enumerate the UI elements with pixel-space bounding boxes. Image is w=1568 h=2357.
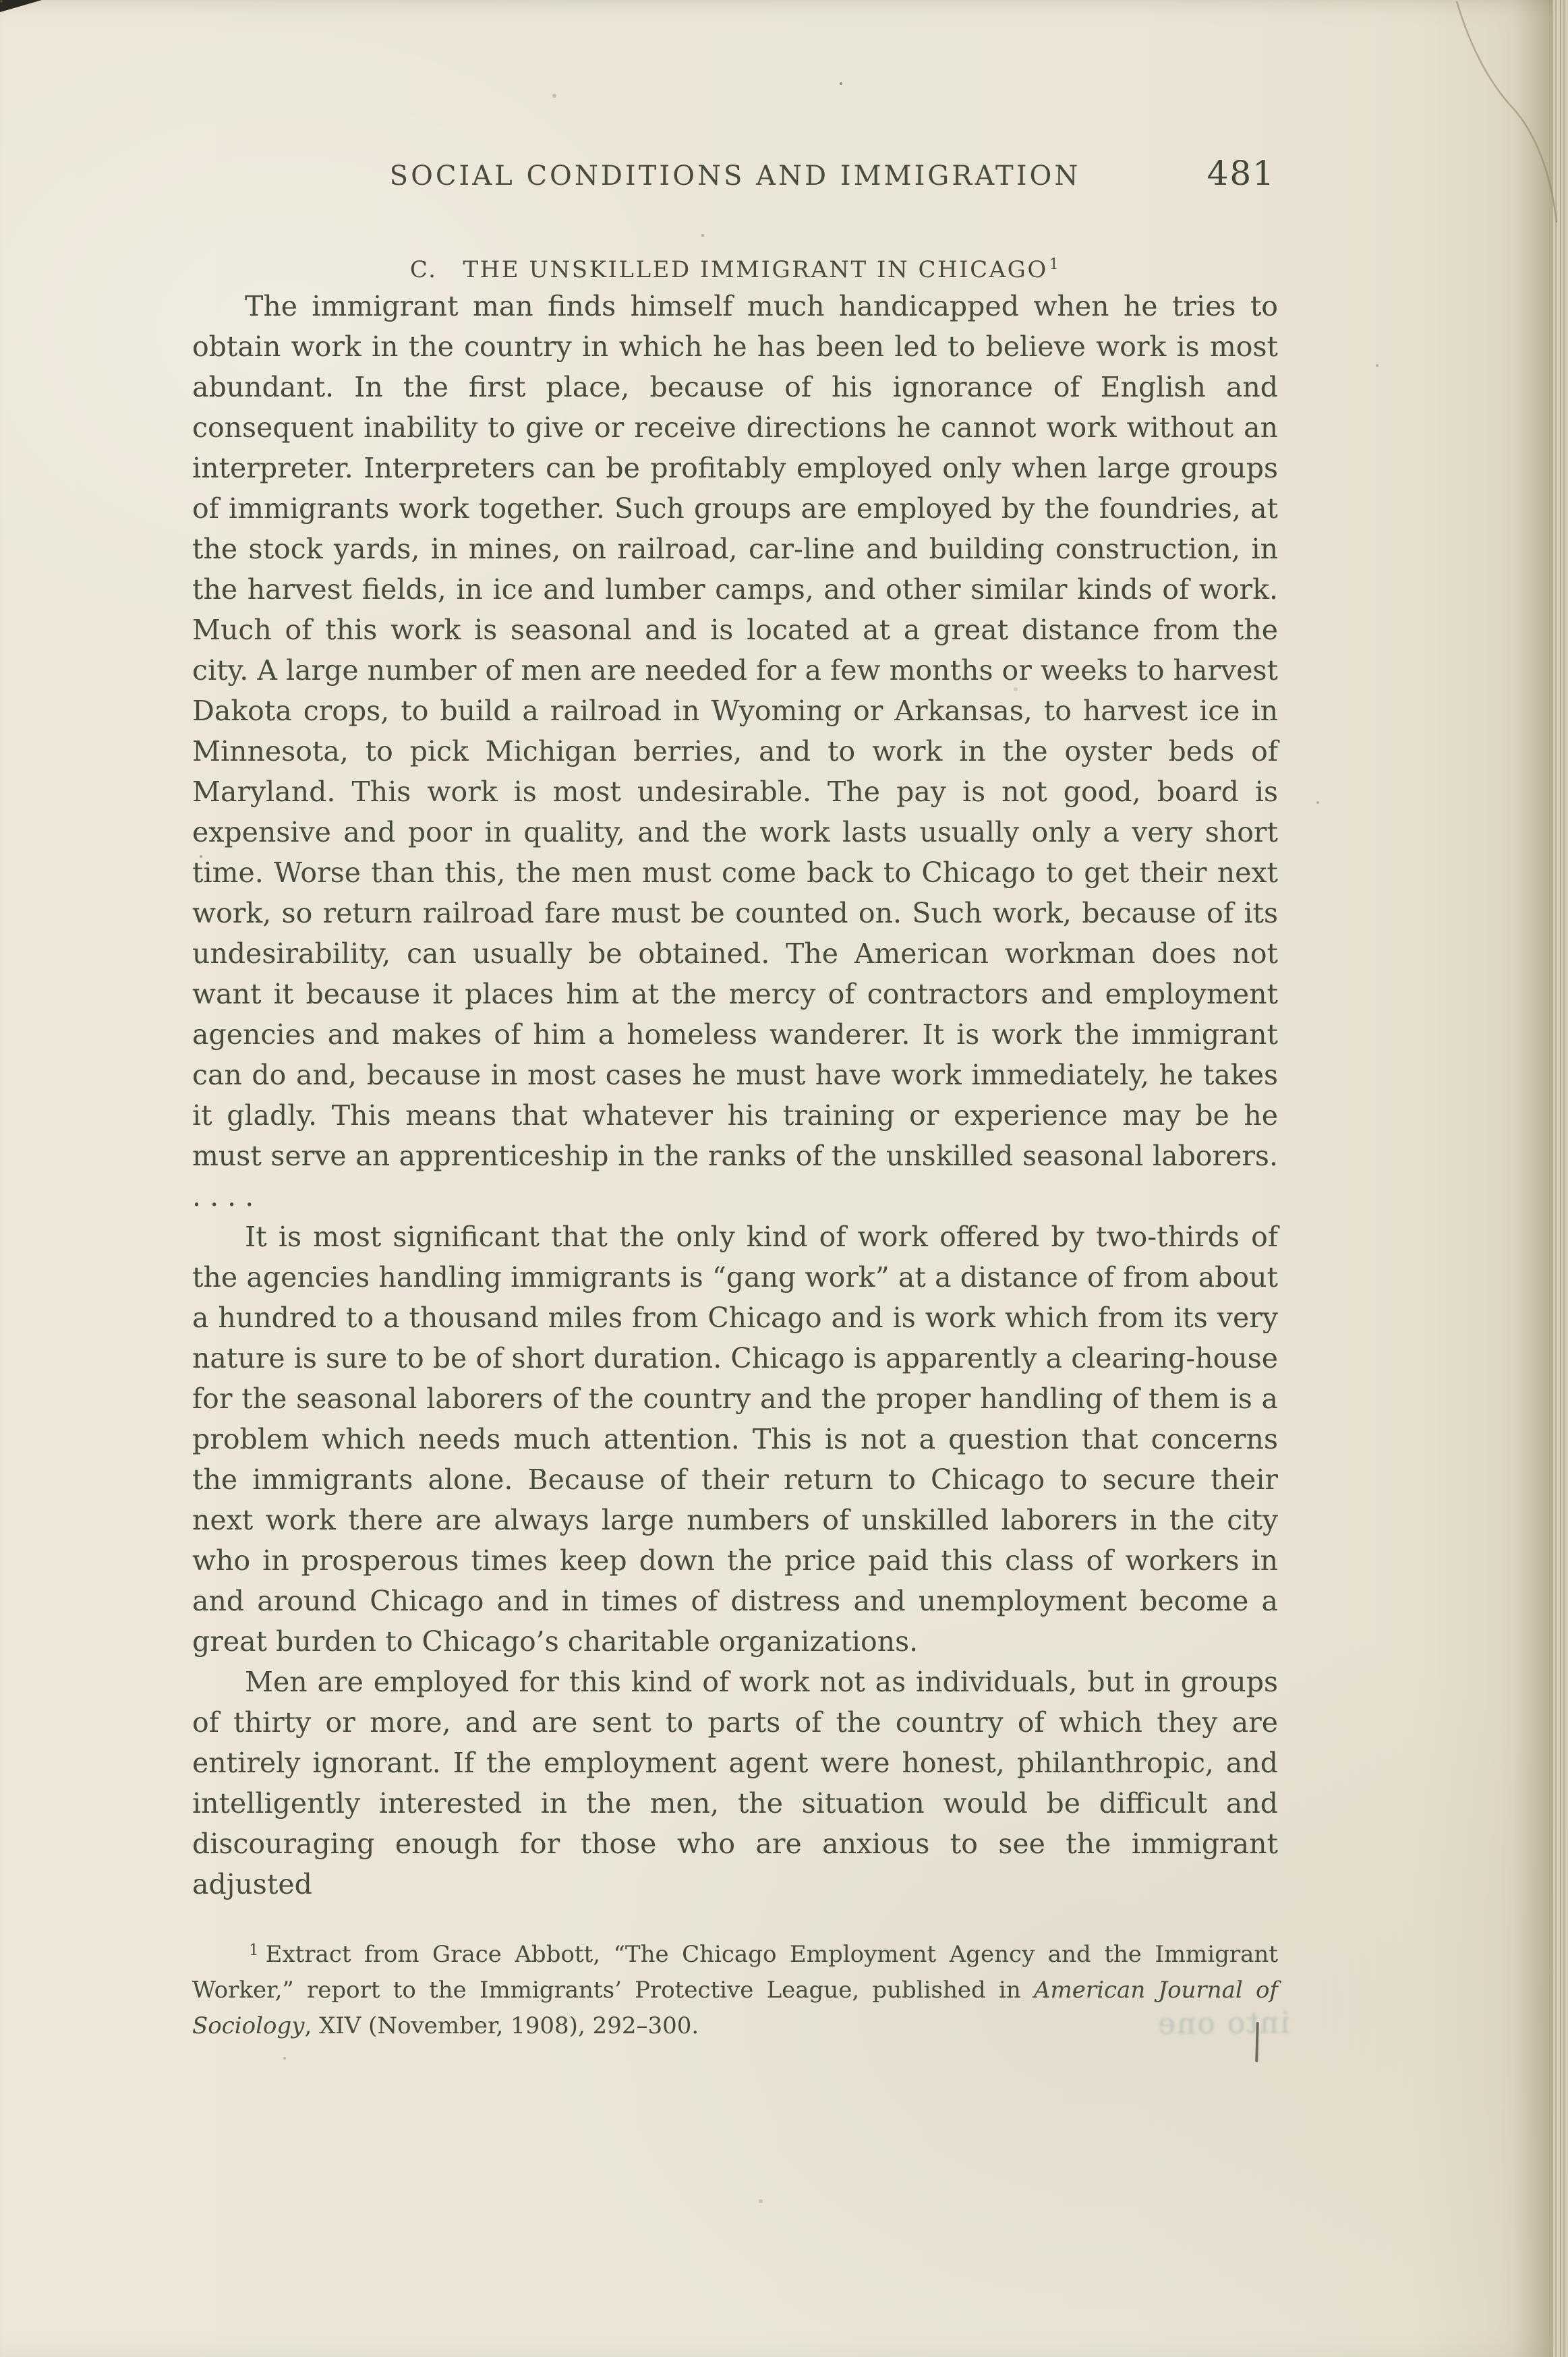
paragraph-2: It is most significant that the only kin… (192, 1217, 1278, 1662)
page-number: 481 (1207, 154, 1275, 193)
text-column: SOCIAL CONDITIONS AND IMMIGRATION 481 C.… (192, 0, 1278, 2357)
footnote-marker: 1 (249, 1942, 259, 1959)
running-header: SOCIAL CONDITIONS AND IMMIGRATION 481 (192, 161, 1278, 192)
scan-corner-artifact (0, 0, 42, 12)
footnote-citation-tail: , XIV (November, 1908), 292–300. (304, 2012, 699, 2039)
scanned-book-page: into one SOCIAL CONDITIONS AND IMMIGRATI… (0, 0, 1568, 2357)
paragraph-3: Men are employed for this kind of work n… (192, 1662, 1278, 1904)
body-text: The immigrant man finds himself much han… (192, 286, 1278, 2044)
page-edge-stack (1552, 0, 1568, 2357)
paragraph-1: The immigrant man finds himself much han… (192, 286, 1278, 1217)
page-crease (1393, 0, 1568, 229)
paper-specks (0, 0, 3, 3)
section-heading: C.THE UNSKILLED IMMIGRANT IN CHICAGO1 (192, 256, 1278, 283)
running-header-title: SOCIAL CONDITIONS AND IMMIGRATION (390, 161, 1081, 192)
section-letter: C. (410, 256, 438, 283)
footnote: 1Extract from Grace Abbott, “The Chicago… (192, 1933, 1278, 2044)
section-title: THE UNSKILLED IMMIGRANT IN CHICAGO (463, 256, 1047, 283)
footnote-reference: 1 (1049, 256, 1061, 273)
